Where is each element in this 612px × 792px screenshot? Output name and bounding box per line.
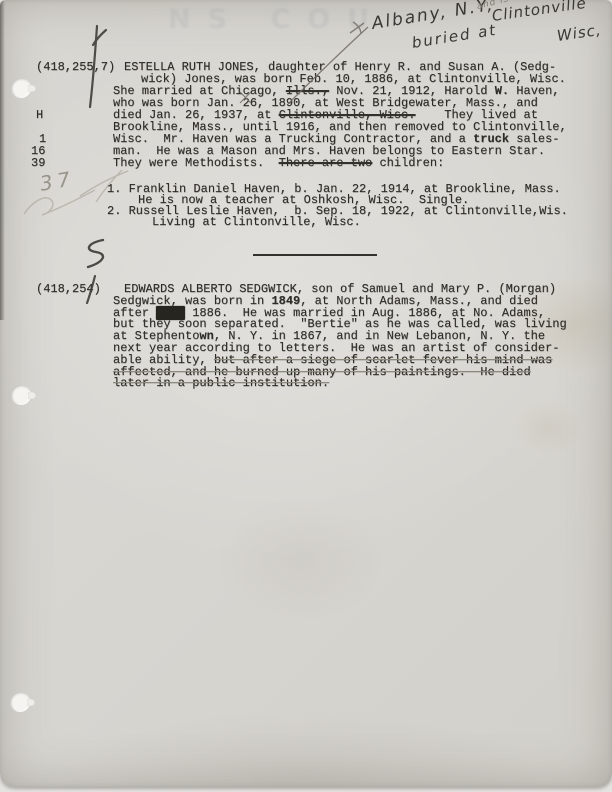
typed-line: They were Methodists. There are two chil…	[113, 157, 444, 169]
punch-hole-top	[11, 78, 31, 98]
typed-line: later in a public institution.	[113, 377, 329, 389]
scan-edge-shadow	[0, 0, 5, 320]
scanned-page: NS COU (418,255,7)ESTELLA RUTH JONES, da…	[0, 0, 612, 792]
handwritten-wisc-note: Wisc,	[556, 21, 603, 45]
punch-hole-middle	[11, 385, 31, 405]
script-s-mark	[88, 240, 103, 267]
typed-separator-line	[253, 254, 377, 256]
margin-code: H	[36, 109, 43, 121]
ghost-bleedthrough-text: NS COU	[168, 4, 386, 35]
margin-code: 39	[31, 157, 45, 169]
paper-sheet: NS COU (418,255,7)ESTELLA RUTH JONES, da…	[0, 0, 612, 787]
typed-line: Living at Clintonville, Wisc.	[152, 216, 361, 228]
entry-id: (418,255,7)	[36, 61, 115, 73]
punch-hole-bottom	[10, 692, 30, 712]
entry-id: (418,254)	[36, 283, 101, 295]
margin-pencil-number: 37	[38, 166, 77, 196]
